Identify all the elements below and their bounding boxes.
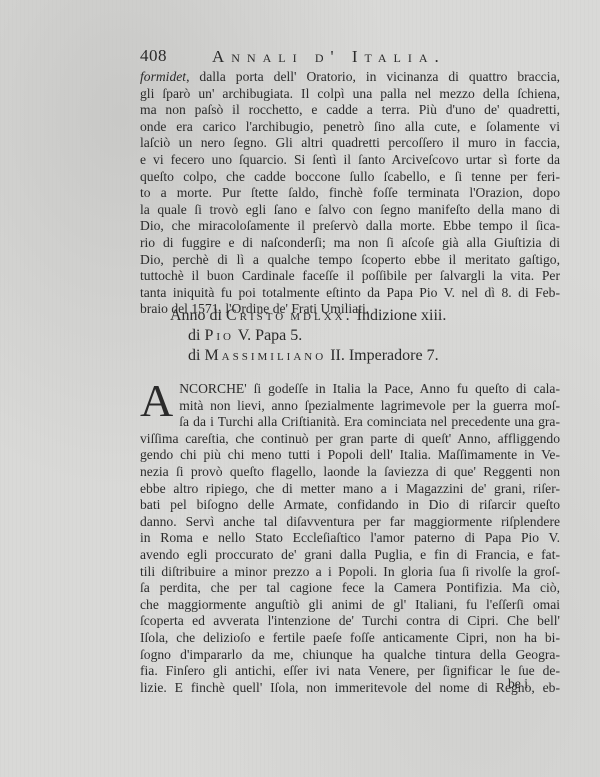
text-line: nezia ſi provò queſto flagello, laonde l… [140, 464, 560, 481]
text-line: Dio, che miracoloſamente il preſervò dal… [140, 218, 560, 235]
text-line: tuttochè il buon Cardinale faceſſe il po… [140, 268, 560, 285]
text-line: in Roma e nello Stato Eccleſiaſtico l'am… [140, 530, 560, 547]
text-line: ſa perdita, che per tal cagione fece la … [140, 580, 560, 597]
heading-line-emperor: di Massimiliano II. Imperadore 7. [170, 346, 530, 366]
text-line: la quale ſi trovò egli ſano e ſalvo con … [140, 202, 560, 219]
italic-word: formidet [140, 69, 186, 84]
text-line: tili diſtribuire a minor prezzo a i Popo… [140, 564, 560, 581]
catchword: be i [508, 676, 528, 692]
heading-year: mdlxx. [290, 307, 352, 324]
text-line: ma non paſsò il rocchetto, e cadde a ter… [140, 102, 560, 119]
text-line: queſto colpo, che cadde boccone ſullo ſc… [140, 169, 560, 186]
page-header: 408 Annali d' Italia. [140, 46, 560, 68]
text-line: gli ſparò un' archibugiata. Il colpì una… [140, 86, 560, 103]
heading-text: Anno di [170, 307, 222, 324]
year-heading: Anno di Cristo mdlxx. Indizione xiii. di… [170, 306, 530, 366]
running-title: Annali d' Italia. [212, 47, 446, 67]
text-line: ſcoperta ed avverata l'intenzione de' Tu… [140, 613, 560, 630]
text-line: bati pel biſogno delle Armate, confidand… [140, 497, 560, 514]
text-line: mità non lievi, anno ſpezialmente lagrim… [140, 398, 560, 415]
text-line: e vi fecero uno ſquarcio. Si ſentì il ſa… [140, 152, 560, 169]
text-line: laſciò un nero ſegno. Gli altri quadrett… [140, 135, 560, 152]
text-line: ebbe altro ripiego, che di metter mano a… [140, 481, 560, 498]
book-page: 408 Annali d' Italia. formidet, dalla po… [0, 0, 600, 777]
text-line: NCORCHE' ſi godeſſe in Italia la Pace, A… [140, 381, 560, 398]
heading-line-year: Anno di Cristo mdlxx. Indizione xiii. [170, 306, 530, 326]
text-line: ſa da i Turchi alla Criſtianità. Era com… [140, 414, 560, 431]
text-line: danno. Servì anche tal diſavventura per … [140, 514, 560, 531]
paragraph-continuation: formidet, dalla porta dell' Oratorio, in… [140, 69, 560, 318]
heading-name: Cristo [226, 307, 286, 324]
text-line: tanta iniquità fu poi totalmente eſtinto… [140, 285, 560, 302]
heading-text: di [188, 347, 200, 364]
text-line: to a morte. Pur ſtette ſaldo, finchè foſ… [140, 185, 560, 202]
heading-text: II. Imperadore 7. [330, 347, 438, 364]
heading-line-pope: di Pio V. Papa 5. [170, 326, 530, 346]
paragraph-main: A NCORCHE' ſi godeſſe in Italia la Pace,… [140, 381, 560, 696]
heading-name: Pio [204, 327, 234, 344]
text-line: che maggiormente anguſtiò gli animi de g… [140, 597, 560, 614]
text-line: gendo chi più chi meno tutti i Popoli de… [140, 447, 560, 464]
text-line: ſogno d'impararlo da me, chiunque ha qua… [140, 647, 560, 664]
text-line: onde era carico l'archibugio, penetrò ſi… [140, 119, 560, 136]
heading-name: Massimiliano [204, 347, 326, 364]
text-line: rio di fuggire e di naſconderſi; ma non … [140, 235, 560, 252]
text-line: Dio, perchè di lì a qualche tempo ſcoper… [140, 252, 560, 269]
heading-indiction: Indizione xiii. [357, 307, 447, 324]
text-line: lizie. E finchè quell' Iſola, non immeri… [140, 680, 560, 697]
text-line: viſſima careſtia, che continuò per gran … [140, 431, 560, 448]
text-line: fia. Finſero gli antichi, eſſer ivi nata… [140, 663, 560, 680]
heading-text: V. Papa 5. [238, 327, 303, 344]
drop-cap: A [140, 383, 173, 419]
text-line: formidet, dalla porta dell' Oratorio, in… [140, 69, 560, 86]
page-number: 408 [140, 46, 167, 66]
text-line: Iſola, che delizioſo e fertile paeſe foſ… [140, 630, 560, 647]
text-line: avendo egli proccurato de' grani dalla P… [140, 547, 560, 564]
heading-text: di [188, 327, 200, 344]
